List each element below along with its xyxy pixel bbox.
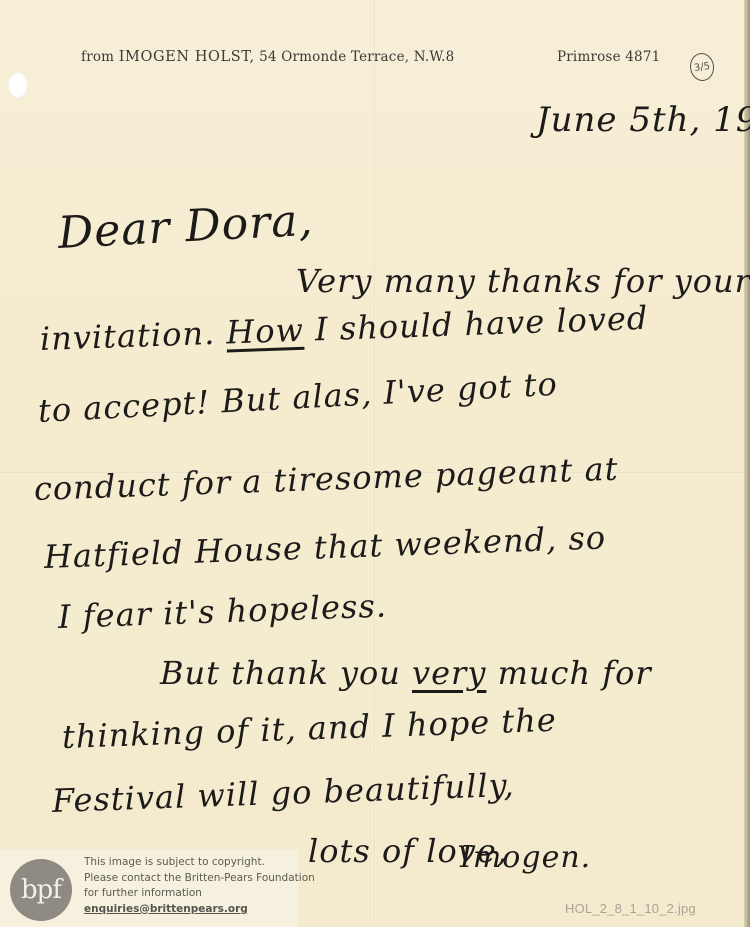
watermark-email-link[interactable]: enquiries@brittenpears.org xyxy=(84,902,315,918)
letter-line: Festival will go beautifully, xyxy=(51,766,515,820)
letter-line: conduct for a tiresome pageant at xyxy=(33,450,619,508)
letterhead-address: 54 Ormonde Terrace, N.W.8 xyxy=(259,49,454,65)
letter-line: thinking of it, and I hope the xyxy=(61,701,557,756)
letterhead-from: from xyxy=(81,49,114,65)
watermark-line-3: for further information xyxy=(84,886,315,902)
underlined-word: very xyxy=(412,654,486,692)
letter-salutation: Dear Dora, xyxy=(57,195,315,259)
bpf-logo-icon: bpf xyxy=(10,859,72,921)
letter-line: invitation. How I should have loved xyxy=(39,299,649,358)
folio-mark: 3/5 xyxy=(688,51,716,82)
punch-hole xyxy=(8,72,28,98)
underlined-word: How xyxy=(226,311,305,352)
letterhead: from IMOGEN HOLST, 54 Ormonde Terrace, N… xyxy=(81,49,710,65)
file-name-label: HOL_2_8_1_10_2.jpg xyxy=(565,901,696,916)
letter-signature: Imogen. xyxy=(460,840,591,875)
letter-scan: from IMOGEN HOLST, 54 Ormonde Terrace, N… xyxy=(0,0,750,927)
copyright-watermark: bpf This image is subject to copyright. … xyxy=(0,849,298,927)
letter-line: Hatfield House that weekend, so xyxy=(43,518,606,576)
letter-line: But thank you very much for xyxy=(160,654,652,692)
letter-date: June 5th, 1936. xyxy=(536,100,750,140)
letterhead-name: IMOGEN HOLST, xyxy=(119,49,255,65)
letterhead-phone: Primrose 4871 xyxy=(557,49,660,65)
watermark-text: This image is subject to copyright. Plea… xyxy=(84,855,315,917)
watermark-line-1: This image is subject to copyright. xyxy=(84,855,315,871)
letter-line: Very many thanks for your xyxy=(296,262,750,300)
watermark-line-2: Please contact the Britten-Pears Foundat… xyxy=(84,871,315,887)
letter-line: to accept! But alas, I've got to xyxy=(37,365,559,430)
letter-line: I fear it's hopeless. xyxy=(57,587,387,636)
